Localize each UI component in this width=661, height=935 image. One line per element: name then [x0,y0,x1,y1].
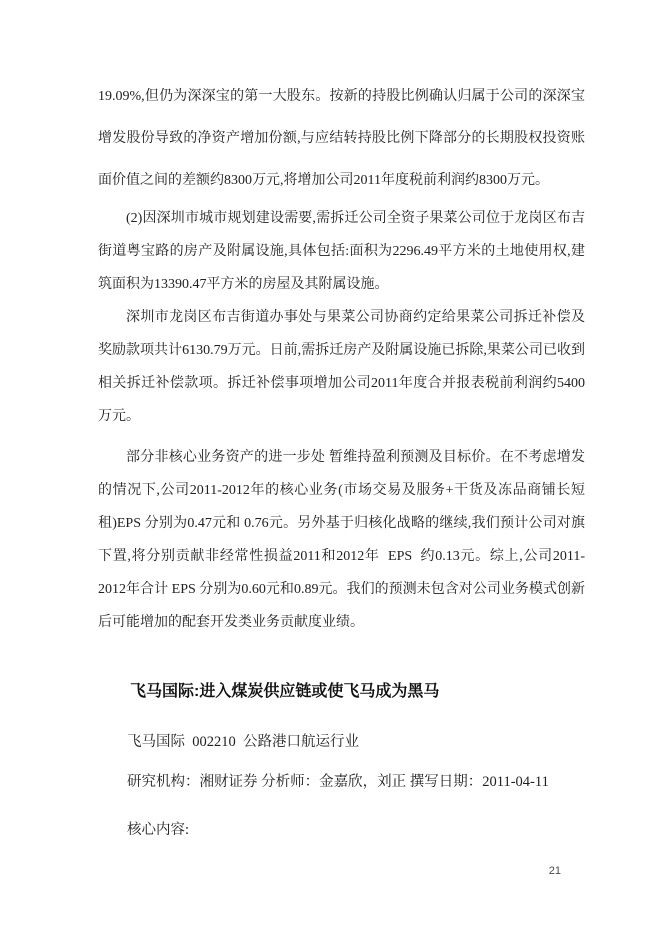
report-headline: 飞马国际:进入煤炭供应链或使飞马成为黑马 [98,681,585,703]
core-content-label: 核心内容: [98,819,585,841]
paragraph-continuation: 19.09%,但仍为深深宝的第一大股东。按新的持股比例确认归属于公司的深深宝增发… [98,76,585,202]
paragraph-eps-forecast: 部分非核心业务资产的进一步处 暂维持盈利预测及目标价。在不考虑增发的情况下,公司… [98,441,585,639]
page-number: 21 [549,865,561,877]
stock-info-line: 飞马国际 002210 公路港口航运行业 [98,731,585,753]
research-info-line: 研究机构：湘财证券 分析师：金嘉欣，刘正 撰写日期：2011-04-11 [98,771,585,793]
report-page: 19.09%,但仍为深深宝的第一大股东。按新的持股比例确认归属于公司的深深宝增发… [0,0,661,935]
body-text: 19.09%,但仍为深深宝的第一大股东。按新的持股比例确认归属于公司的深深宝增发… [98,76,585,841]
paragraph-compensation: 深圳市龙岗区布吉街道办事处与果菜公司协商约定给果菜公司拆迁补偿及奖励款项共计61… [98,301,585,433]
paragraph-demolition-item: (2)因深圳市城市规划建设需要,需拆迁公司全资子果菜公司位于龙岗区布吉街道粤宝路… [98,202,585,301]
